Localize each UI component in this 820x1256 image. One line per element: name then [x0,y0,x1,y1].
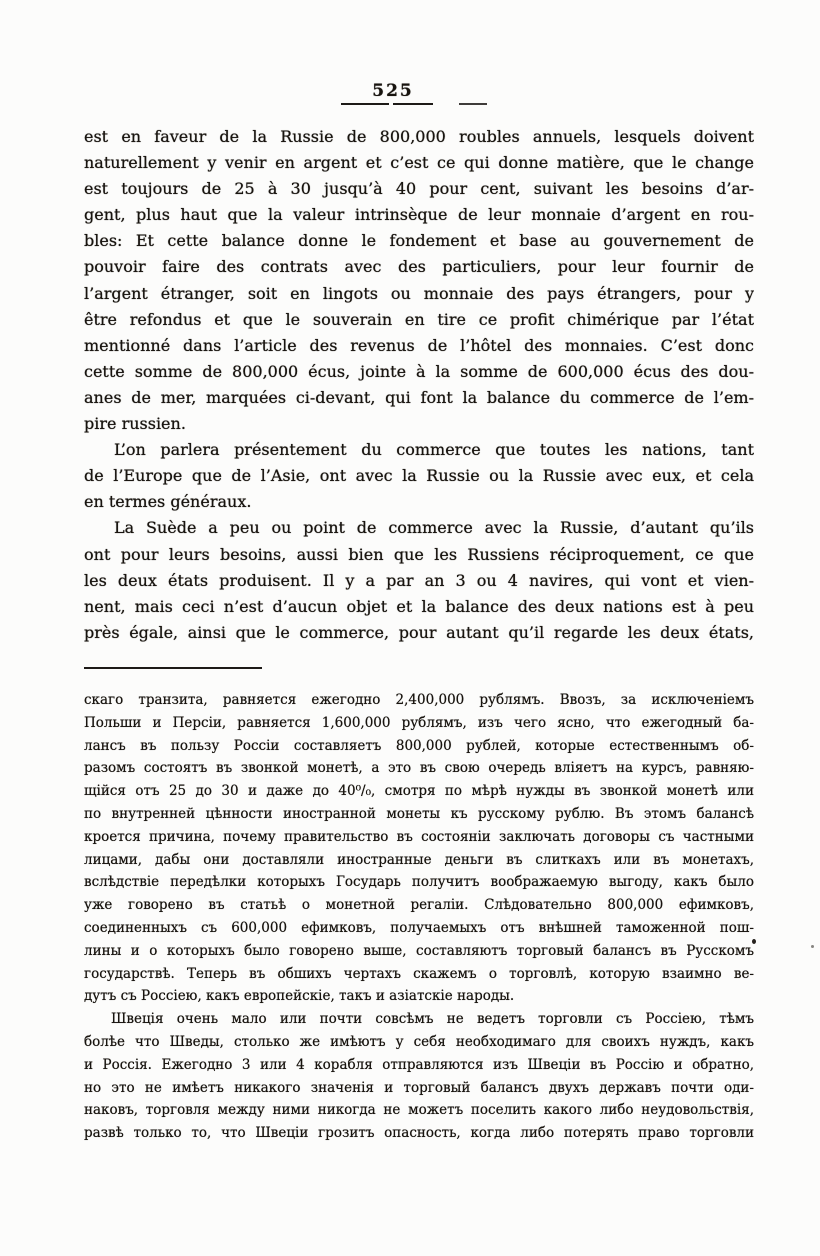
text-line: anes de mer, marquées ci-devant, qui fon… [84,385,754,411]
text-line: être refondus et que le souverain en tir… [84,307,754,333]
page-number-underline [341,103,487,106]
footnote-line: Швеція очень мало или почти совсѣмъ не в… [84,1008,754,1031]
footnote-line: уже говорено въ статьѣ о монетной регалі… [84,894,754,917]
footnote-line: скаго транзита, равняется ежегодно 2,400… [84,689,754,712]
text-line: de l’Europe que de l’Asie, ont avec la R… [84,463,754,489]
text-line: l’argent étranger, soit en lingots ou mo… [84,281,754,307]
footnote-line: но это не имѣетъ никакого значенія и тор… [84,1077,754,1100]
footnote-line: вслѣдствіе передѣлки которыхъ Государь п… [84,871,754,894]
dash-segment [341,103,389,105]
text-line: naturellement y venir en argent et c’est… [84,150,754,176]
ink-speck [752,939,756,944]
footnote-text-russian: скаго транзита, равняется ежегодно 2,400… [84,689,754,1145]
text-line: mentionné dans l’article des revenus de … [84,333,754,359]
text-line: ont pour leurs besoins, aussi bien que l… [84,542,754,568]
footnote-line: государствѣ. Теперь въ обшихъ чертахъ ск… [84,963,754,986]
dash-segment [459,103,487,105]
main-text-french: est en faveur de la Russie de 800,000 ro… [84,124,754,646]
text-line: cette somme de 800,000 écus, jointe à la… [84,359,754,385]
ink-speck [811,945,814,948]
footnote-line: лины и о которыхъ было говорено выше, со… [84,940,754,963]
text-line: est toujours de 25 à 30 jusqu’à 40 pour … [84,176,754,202]
footnote-line: разомъ состоятъ въ звонкой монетѣ, а это… [84,757,754,780]
text-line: bles: Et cette balance donne le fondemen… [84,228,754,254]
text-line: est en faveur de la Russie de 800,000 ro… [84,124,754,150]
footnote-line: лицами, дабы они доставляли иностранные … [84,849,754,872]
footnote-line: щійся отъ 25 до 30 и даже до 40⁰/₀, смот… [84,780,754,803]
text-line: nent, mais ceci n’est d’aucun objet et l… [84,594,754,620]
book-page: 525 est en faveur de la Russie de 800,00… [0,0,820,1256]
text-line: en termes généraux. [84,489,754,515]
text-line: gent, plus haut que la valeur intrinsèqu… [84,202,754,228]
footnote-line: наковъ, торговля между ними никогда не м… [84,1099,754,1122]
text-line: près égale, ainsi que le commerce, pour … [84,620,754,646]
footnote-line: и Россія. Ежегодно 3 или 4 корабля отпра… [84,1054,754,1077]
dash-segment [393,103,433,105]
footnote-line: соединенныхъ съ 600,000 ефимковъ, получа… [84,917,754,940]
footnote-line: кроется причина, почему правительство въ… [84,826,754,849]
footnote-line: развѣ только то, что Швеціи грозитъ опас… [84,1122,754,1145]
footnote-line: дутъ съ Россіею, какъ европейскіе, такъ … [84,985,754,1008]
text-line: pire russien. [84,411,754,437]
text-line: L’on parlera présentement du commerce qu… [84,437,754,463]
page-number: 525 [84,81,702,101]
footnote-line: болѣе что Шведы, столько же имѣютъ у себ… [84,1031,754,1054]
footnote-line: по внутренней цѣнности иностранной монет… [84,803,754,826]
footnote-line: лансъ въ пользу Россіи составляетъ 800,0… [84,735,754,758]
text-line: les deux états produisent. Il y a par an… [84,568,754,594]
text-line: pouvoir faire des contrats avec des part… [84,254,754,280]
footnote-line: Польши и Персіи, равняется 1,600,000 руб… [84,712,754,735]
footnote-separator-rule [84,667,262,669]
text-line: La Suède a peu ou point de commerce avec… [84,515,754,541]
